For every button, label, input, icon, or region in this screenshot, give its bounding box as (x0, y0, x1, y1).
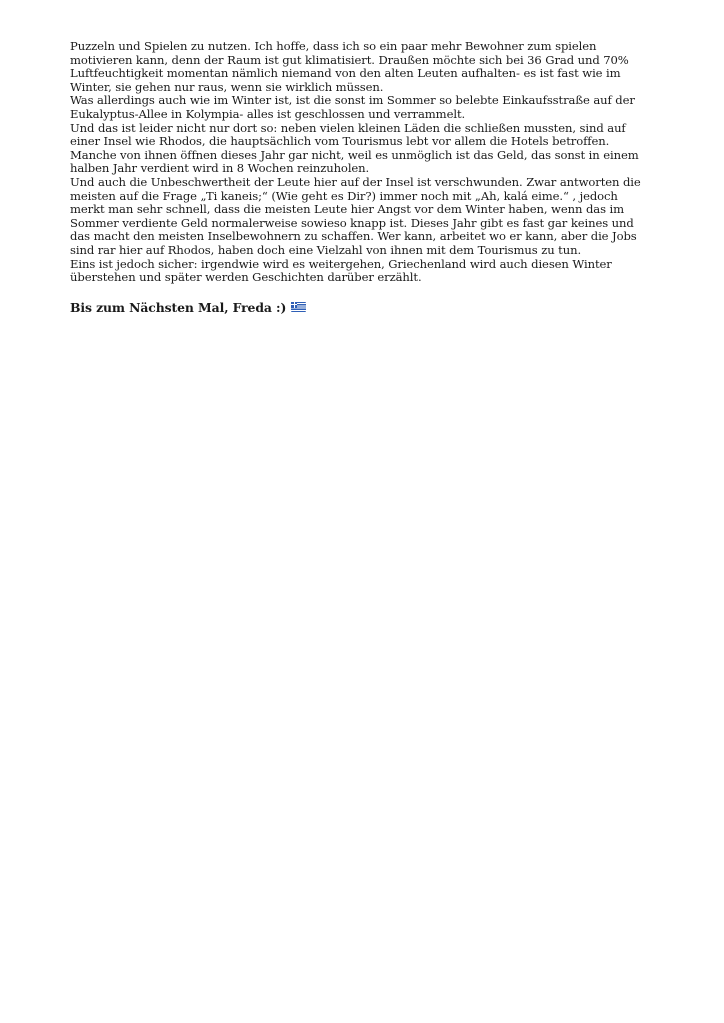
signoff: Bis zum Nächsten Mal, Freda :) (70, 300, 650, 315)
text-line: Puzzeln und Spielen zu nutzen. Ich hoffe… (70, 40, 650, 54)
text-line: Manche von ihnen öffnen dieses Jahr gar … (70, 149, 650, 163)
signoff-text: Bis zum Nächsten Mal, Freda :) (70, 300, 286, 315)
text-line: Luftfeuchtigkeit momentan nämlich nieman… (70, 67, 650, 81)
paragraph-4: Und auch die Unbeschwertheit der Leute h… (70, 176, 650, 258)
text-line: Eins ist jedoch sicher: irgendwie wird e… (70, 258, 650, 272)
paragraph-2: Was allerdings auch wie im Winter ist, i… (70, 94, 650, 121)
paragraph-1: Puzzeln und Spielen zu nutzen. Ich hoffe… (70, 40, 650, 94)
text-line: Sommer verdiente Geld normalerweise sowi… (70, 217, 650, 231)
paragraph-5: Eins ist jedoch sicher: irgendwie wird e… (70, 258, 650, 285)
text-line: Winter, sie gehen nur raus, wenn sie wir… (70, 81, 650, 95)
text-line: motivieren kann, denn der Raum ist gut k… (70, 54, 650, 68)
text-line: Und auch die Unbeschwertheit der Leute h… (70, 176, 650, 190)
text-line: Was allerdings auch wie im Winter ist, i… (70, 94, 650, 108)
text-line: das macht den meisten Inselbewohnern zu … (70, 230, 650, 244)
document-page: Puzzeln und Spielen zu nutzen. Ich hoffe… (70, 40, 650, 315)
text-line: merkt man sehr schnell, dass die meisten… (70, 203, 650, 217)
text-line: Und das ist leider nicht nur dort so: ne… (70, 122, 650, 136)
text-line: meisten auf die Frage „Ti kaneis;“ (Wie … (70, 190, 650, 204)
greece-flag-icon (291, 302, 306, 312)
text-line: sind rar hier auf Rhodos, haben doch ein… (70, 244, 650, 258)
text-line: Eukalyptus-Allee in Kolympia- alles ist … (70, 108, 650, 122)
text-line: einer Insel wie Rhodos, die hauptsächlic… (70, 135, 650, 149)
text-line: überstehen und später werden Geschichten… (70, 271, 650, 285)
paragraph-3: Und das ist leider nicht nur dort so: ne… (70, 122, 650, 176)
text-line: halben Jahr verdient wird in 8 Wochen re… (70, 162, 650, 176)
